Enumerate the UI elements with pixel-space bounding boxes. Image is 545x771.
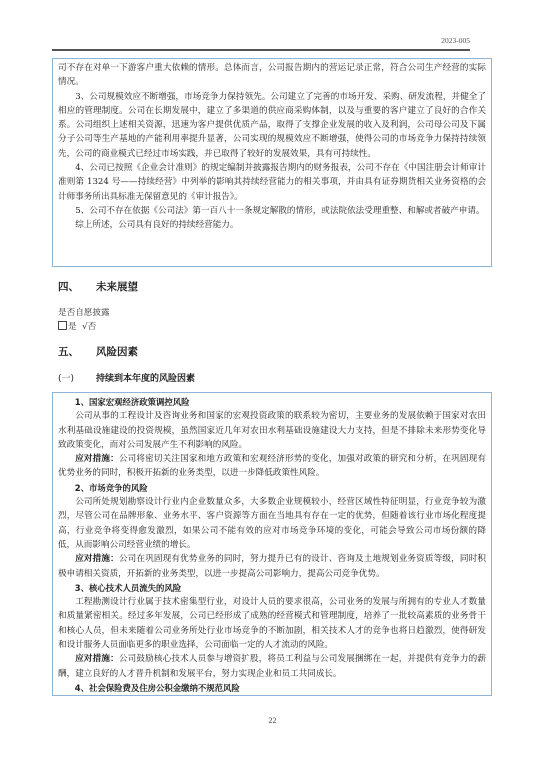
risk-title: 1、国家宏观经济政策调控风险: [58, 395, 486, 409]
paragraph: 司不存在对单一下游客户重大依赖的情形。总体而言，公司报告期内的营运记录正常，符合…: [58, 61, 486, 90]
page-number: 22: [0, 716, 545, 725]
risk-box: 1、国家宏观经济政策调控风险 公司从事的工程设计及咨询业务和国家的宏观投资政策的…: [52, 392, 492, 696]
section-heading-future-outlook: 四、未来展望: [58, 279, 138, 294]
risk-title: 4、社会保险费及住房公积金缴纳不规范风险: [58, 681, 486, 695]
paragraph: 5、公司不存在依据《公司法》第一百八十一条规定解散的情形，或法院依法受理重整、和…: [58, 204, 486, 218]
header-code: 2023-005: [441, 36, 470, 45]
paragraph: 综上所述，公司具有良好的持续经营能力。: [58, 218, 486, 232]
risk-title: 3、核心技术人员流失的风险: [58, 581, 486, 595]
risk-body: 工程勘测设计行业属于技术密集型行业，对设计人员的要求很高，公司业务的发展与所拥有…: [58, 595, 486, 652]
paragraph: 3、公司规模效应不断增强，市场竞争力保持领先。公司建立了完善的市场开发、采购、研…: [58, 90, 486, 161]
option-yes-label: 是: [68, 322, 77, 332]
risk-measure: 应对措施：公司鼓励核心技术人员参与增资扩股，将员工利益与公司发展捆绑在一起，并提…: [58, 652, 486, 681]
paragraph: 4、公司已按照《企业会计准则》的规定编制并披露报告期内的财务报表，公司不存在《中…: [58, 161, 486, 204]
subsection-heading-continuing-risks: (一)持续到本年度的风险因素: [58, 371, 195, 384]
header-rule: [52, 49, 470, 51]
risk-body: 公司所处规划勘察设计行业内企业数量众多，大多数企业规模较小，经营区域性特征明显，…: [58, 495, 486, 552]
risk-title: 2、市场竞争的风险: [58, 481, 486, 495]
disclosure-label: 是否自愿披露: [58, 306, 110, 318]
option-no-label: 否: [88, 322, 97, 332]
risk-measure: 应对措施：公司将密切关注国家和地方政策和宏观经济形势的变化，加强对政策的研究和分…: [58, 452, 486, 481]
risk-measure: 应对措施：公司在巩固现有优势业务的同时，努力提升已有的设计、咨询及土地规划业务资…: [58, 552, 486, 581]
continuity-box: 司不存在对单一下游客户重大依赖的情形。总体而言，公司报告期内的营运记录正常，符合…: [52, 58, 492, 267]
disclosure-options: 是 √否: [58, 320, 96, 332]
checkbox-yes[interactable]: [58, 321, 67, 330]
risk-body: 公司从事的工程设计及咨询业务和国家的宏观投资政策的联系较为密切，主要业务的发展依…: [58, 409, 486, 452]
section-heading-risk-factors: 五、风险因素: [58, 344, 138, 359]
